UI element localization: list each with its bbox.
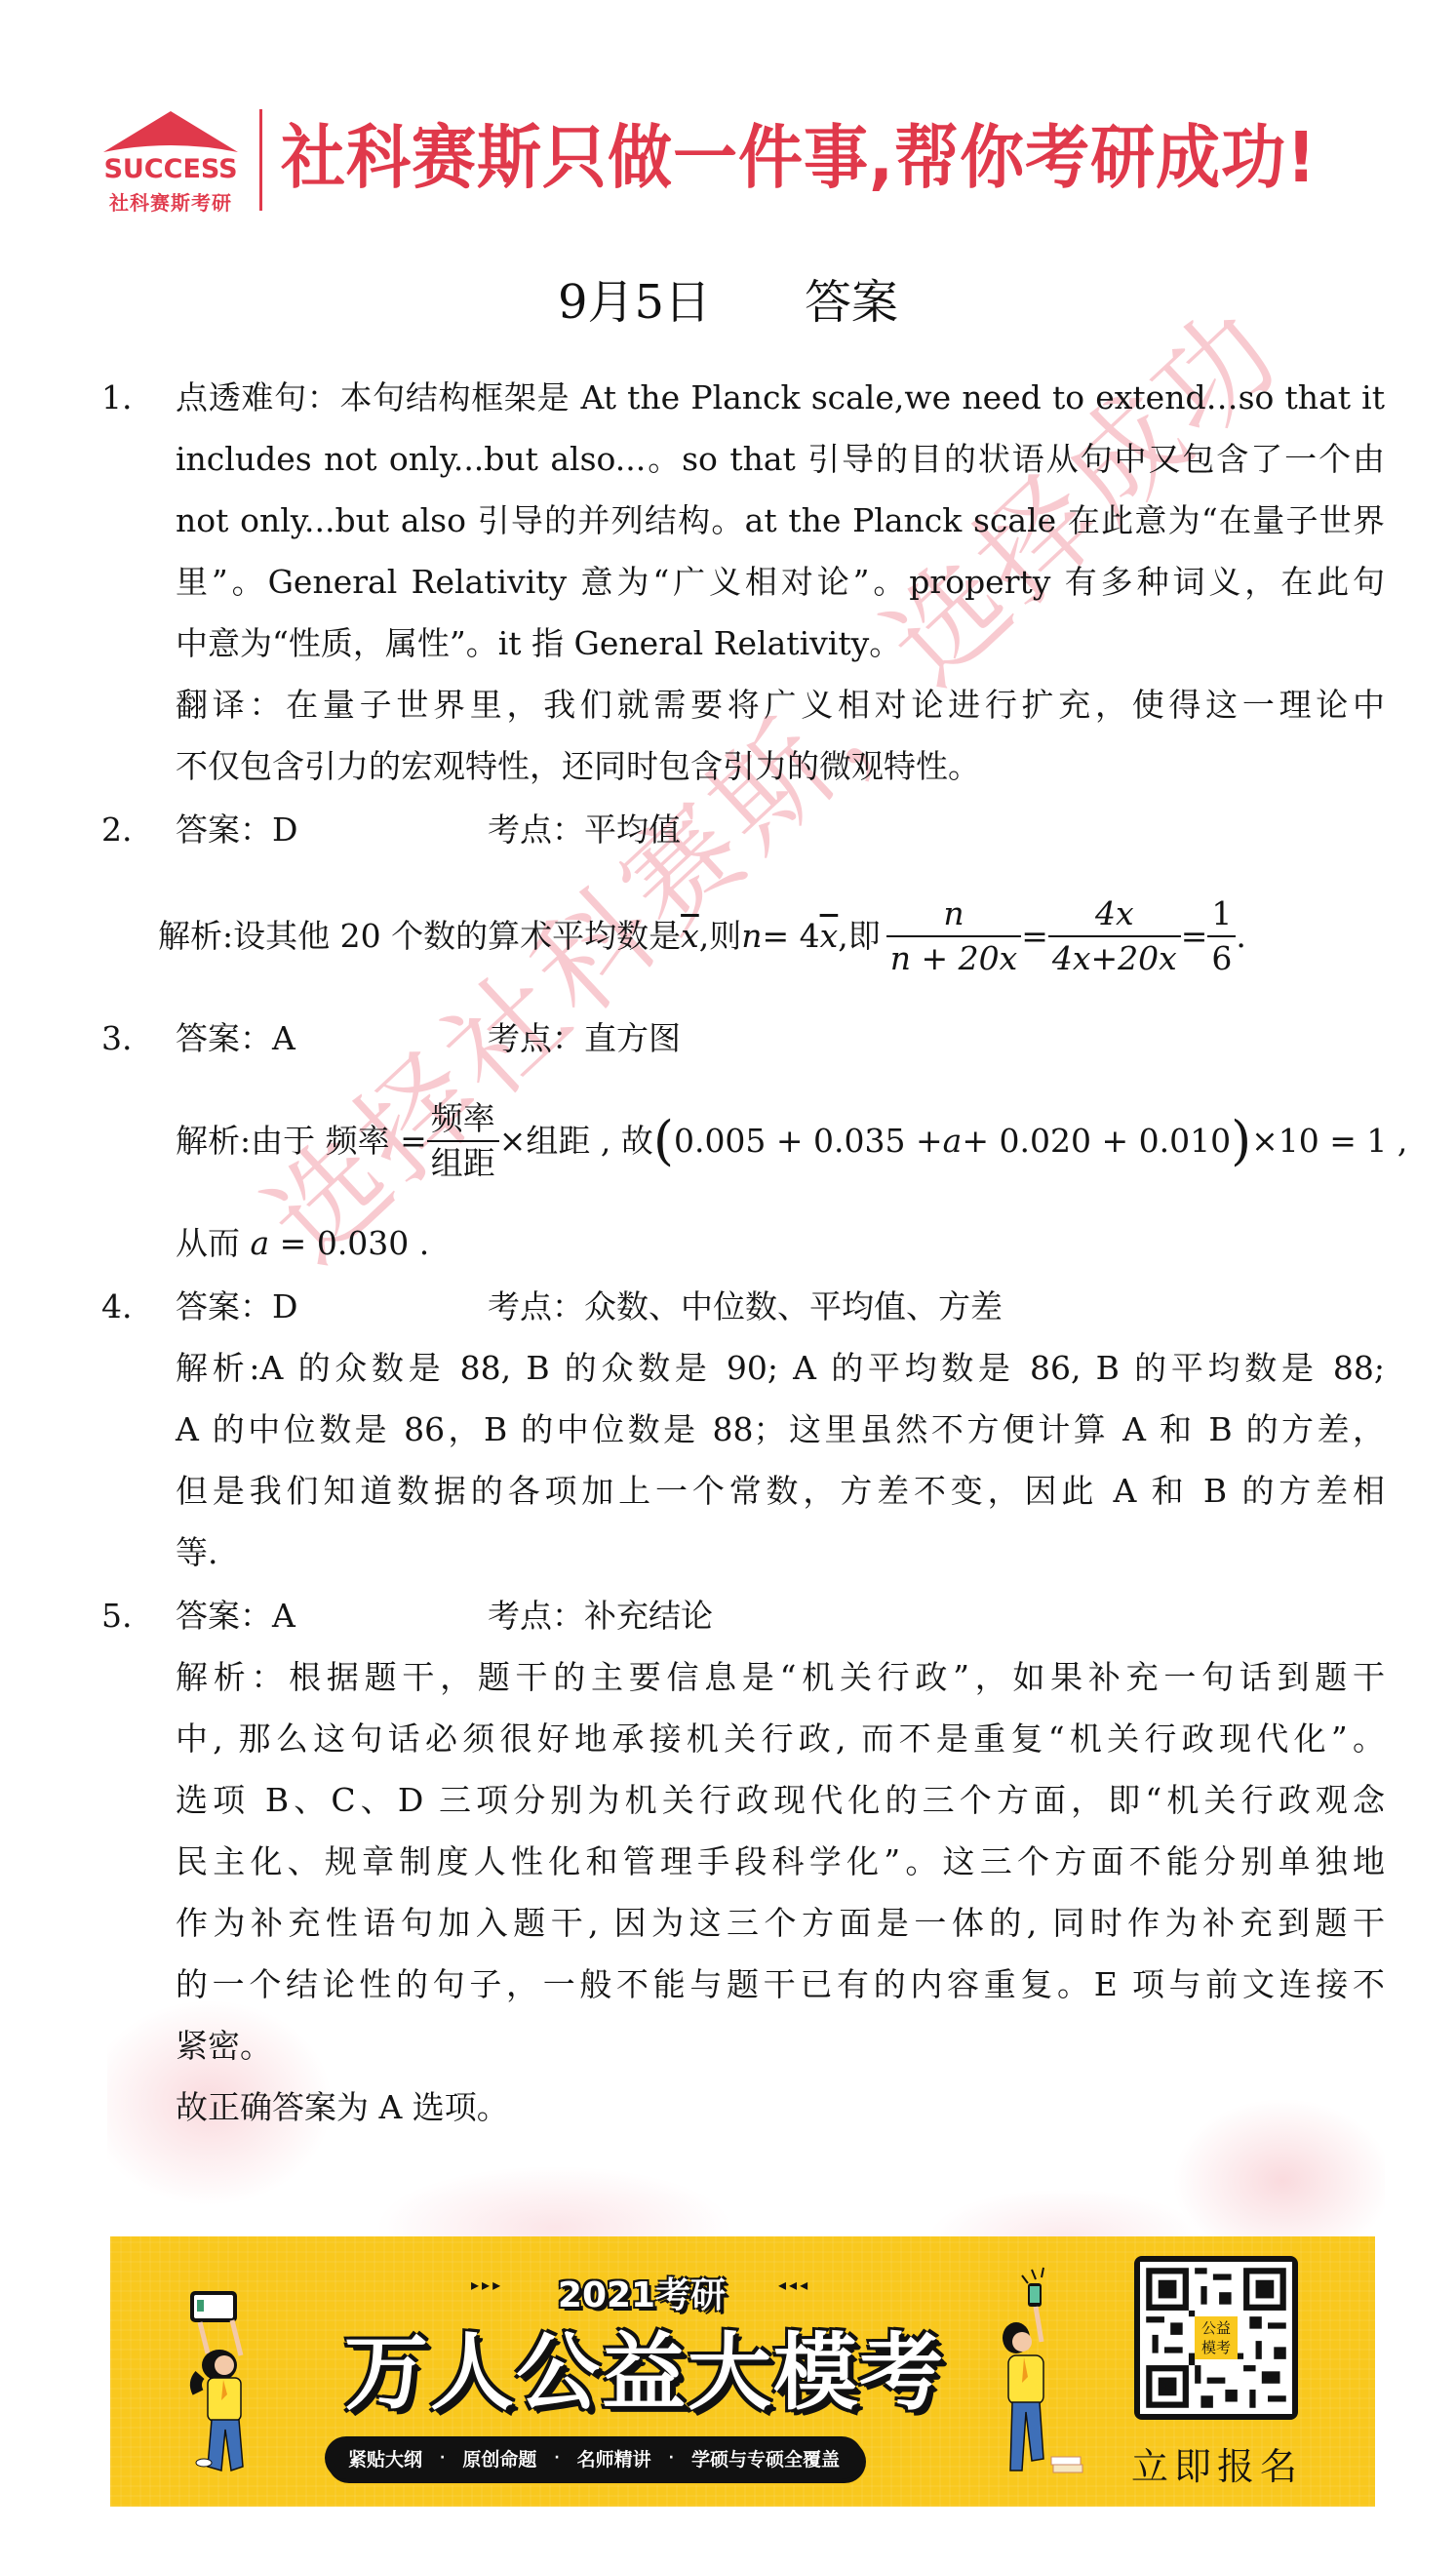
logo-text-cn: 社科赛斯考研 (98, 187, 244, 216)
feature-item: 学硕与专硕全覆盖 (691, 2445, 840, 2471)
separator: · (554, 2450, 559, 2466)
numerator: n (886, 892, 1022, 937)
q2-analysis-text: 解析:设其他 20 个数的算术平均数是 (158, 915, 681, 958)
q2-answer: 答案：D (176, 809, 468, 851)
fraction-freq: 频率 组距 (427, 1097, 499, 1185)
roof-logo-icon (101, 109, 240, 156)
q3-result: 从而 a = 0.030 . (176, 1222, 429, 1265)
text: ,则 (699, 915, 742, 958)
q4-kaodian: 考点：众数、中位数、平均值、方差 (488, 1285, 1003, 1328)
numerator: 1 (1207, 892, 1236, 937)
q4-line: 等. (176, 1531, 1385, 1574)
feature-item: 名师精讲 (577, 2445, 651, 2471)
text: ×10 = 1 , (1251, 1120, 1407, 1163)
period: . (1236, 915, 1246, 958)
x-bar: x (681, 915, 699, 958)
banner-headline: 万人公益大模考 (333, 2324, 957, 2422)
q5-answer: 答案：A (176, 1595, 468, 1638)
denominator: 组距 (427, 1142, 499, 1185)
paren-open: ( (653, 1120, 674, 1163)
q5-line: 的一个结论性的句子，一般不能与题干已有的内容重复。E 项与前文连接不 (176, 1963, 1385, 2006)
q5-line: 作为补充性语句加入题干, 因为这三个方面是一体的, 同时作为补充到题干 (176, 1902, 1385, 1945)
qr-label-line: 公益 (1195, 2318, 1238, 2338)
jumping-girl-illustration-icon (178, 2285, 286, 2490)
q5-line: 解析：根据题干，题干的主要信息是“机关行政”，如果补充一句话到题干 (176, 1656, 1385, 1699)
standing-girl-illustration-icon (993, 2266, 1100, 2490)
var-n: n (741, 915, 762, 958)
item-number: 4. (101, 1285, 133, 1328)
banner-features: 紧贴大纲 · 原创命题 · 名师精讲 · 学硕与专硕全覆盖 (325, 2436, 863, 2479)
text: + 0.020 + 0.010 (962, 1120, 1231, 1163)
feature-item: 原创命题 (462, 2445, 536, 2471)
q5-kaodian: 考点：补充结论 (488, 1595, 713, 1638)
arrows-left-icon: ◂◂◂ (778, 2275, 810, 2294)
header-divider (259, 109, 262, 211)
q5-line: 选项 B、C、D 三项分别为机关行政现代化的三个方面，即“机关行政观念 (176, 1779, 1385, 1822)
banner-year: 2021考研 (495, 2268, 788, 2317)
denominator: 6 (1207, 937, 1236, 980)
q5-conclusion: 故正确答案为 A 选项。 (176, 2086, 1385, 2129)
q2-kaodian: 考点：平均值 (488, 809, 681, 851)
brand-logo: SUCCESS 社科赛斯考研 (98, 105, 244, 213)
q1-line: 里”。General Relativity 意为“广义相对论”。property… (176, 561, 1385, 604)
item-number: 5. (101, 1595, 133, 1638)
qr-label-line: 模考 (1195, 2338, 1238, 2357)
item-number: 3. (101, 1017, 133, 1060)
q4-line: 解析:A 的众数是 88, B 的众数是 90; A 的平均数是 86, B 的… (176, 1347, 1385, 1390)
q2-analysis: 解析:设其他 20 个数的算术平均数是 x ,则 n = 4 x ,即 n n … (158, 888, 1246, 985)
feature-item: 紧贴大纲 (348, 2445, 422, 2471)
q4-line: 但是我们知道数据的各项加上一个常数，方差不变，因此 A 和 B 的方差相 (176, 1470, 1385, 1513)
q5-line: 中, 那么这句话必须很好地承接机关行政, 而不是重复“机关行政现代化”。 (176, 1718, 1385, 1760)
q1-translation-line: 翻译：在量子世界里，我们就需要将广义相对论进行扩充，使得这一理论中 (176, 684, 1385, 727)
logo-text-en: SUCCESS (98, 154, 244, 184)
qr-code[interactable]: 公益 模考 (1134, 2256, 1298, 2420)
q1-line: includes not only...but also...。so that … (176, 438, 1385, 481)
text: = 0.030 . (269, 1224, 429, 1262)
separator: · (669, 2450, 674, 2466)
text: = 4 (762, 915, 819, 958)
fraction-3: 1 6 (1207, 892, 1236, 980)
header-slogan: 社科赛斯只做一件事,帮你考研成功! (281, 116, 1383, 200)
text: 从而 (176, 1224, 251, 1262)
page-title: 9月5日 答案 (0, 271, 1456, 334)
promo-banner[interactable]: ▸▸▸ 2021考研 ◂◂◂ 万人公益大模考 紧贴大纲 · 原创命题 · 名师精… (110, 2236, 1375, 2507)
numerator: 频率 (427, 1097, 499, 1142)
q5-line: 紧密。 (176, 2025, 1385, 2068)
item-number: 2. (101, 809, 133, 851)
q3-kaodian: 考点：直方图 (488, 1017, 681, 1060)
q1-line: 点透难句：本句结构框架是 At the Planck scale,we need… (176, 376, 1385, 419)
paren-close: ) (1231, 1120, 1251, 1163)
q1-line: 中意为“性质，属性”。it 指 General Relativity。 (176, 622, 1385, 665)
denominator: 4x+20x (1048, 937, 1181, 980)
q4-line: A 的中位数是 86，B 的中位数是 88；这里虽然不方便计算 A 和 B 的方… (176, 1408, 1385, 1451)
q3-answer: 答案：A (176, 1017, 468, 1060)
denominator: n + 20x (886, 937, 1022, 980)
var-a: a (943, 1120, 963, 1163)
q5-line: 民主化、规章制度人性化和管理手段科学化”。这三个方面不能分别单独地 (176, 1840, 1385, 1883)
text: 0.005 + 0.035 + (674, 1120, 943, 1163)
x-bar: x (820, 915, 839, 958)
var-a: a (251, 1224, 270, 1262)
q3-analysis: 解析:由于 频率 = 频率 组距 ×组距 , 故 ( 0.005 + 0.035… (176, 1092, 1407, 1190)
item-number: 1. (101, 376, 133, 419)
q3-analysis-text: 解析:由于 频率 = (176, 1120, 427, 1163)
signup-button[interactable]: 立即报名 (1124, 2436, 1310, 2490)
equals: = (1181, 915, 1208, 958)
q1-line: not only...but also 引导的并列结构。at the Planc… (176, 499, 1385, 542)
text: ×组距 , 故 (499, 1120, 653, 1163)
text: ,即 (838, 915, 881, 958)
q1-translation-line: 不仅包含引力的宏观特性，还同时包含引力的微观特性。 (176, 745, 1385, 788)
fraction-2: 4x 4x+20x (1048, 892, 1181, 980)
numerator: 4x (1048, 892, 1181, 937)
separator: · (440, 2450, 445, 2466)
qr-center-label: 公益 模考 (1195, 2316, 1238, 2359)
q4-answer: 答案：D (176, 1285, 468, 1328)
equals: = (1021, 915, 1048, 958)
fraction-1: n n + 20x (886, 892, 1022, 980)
